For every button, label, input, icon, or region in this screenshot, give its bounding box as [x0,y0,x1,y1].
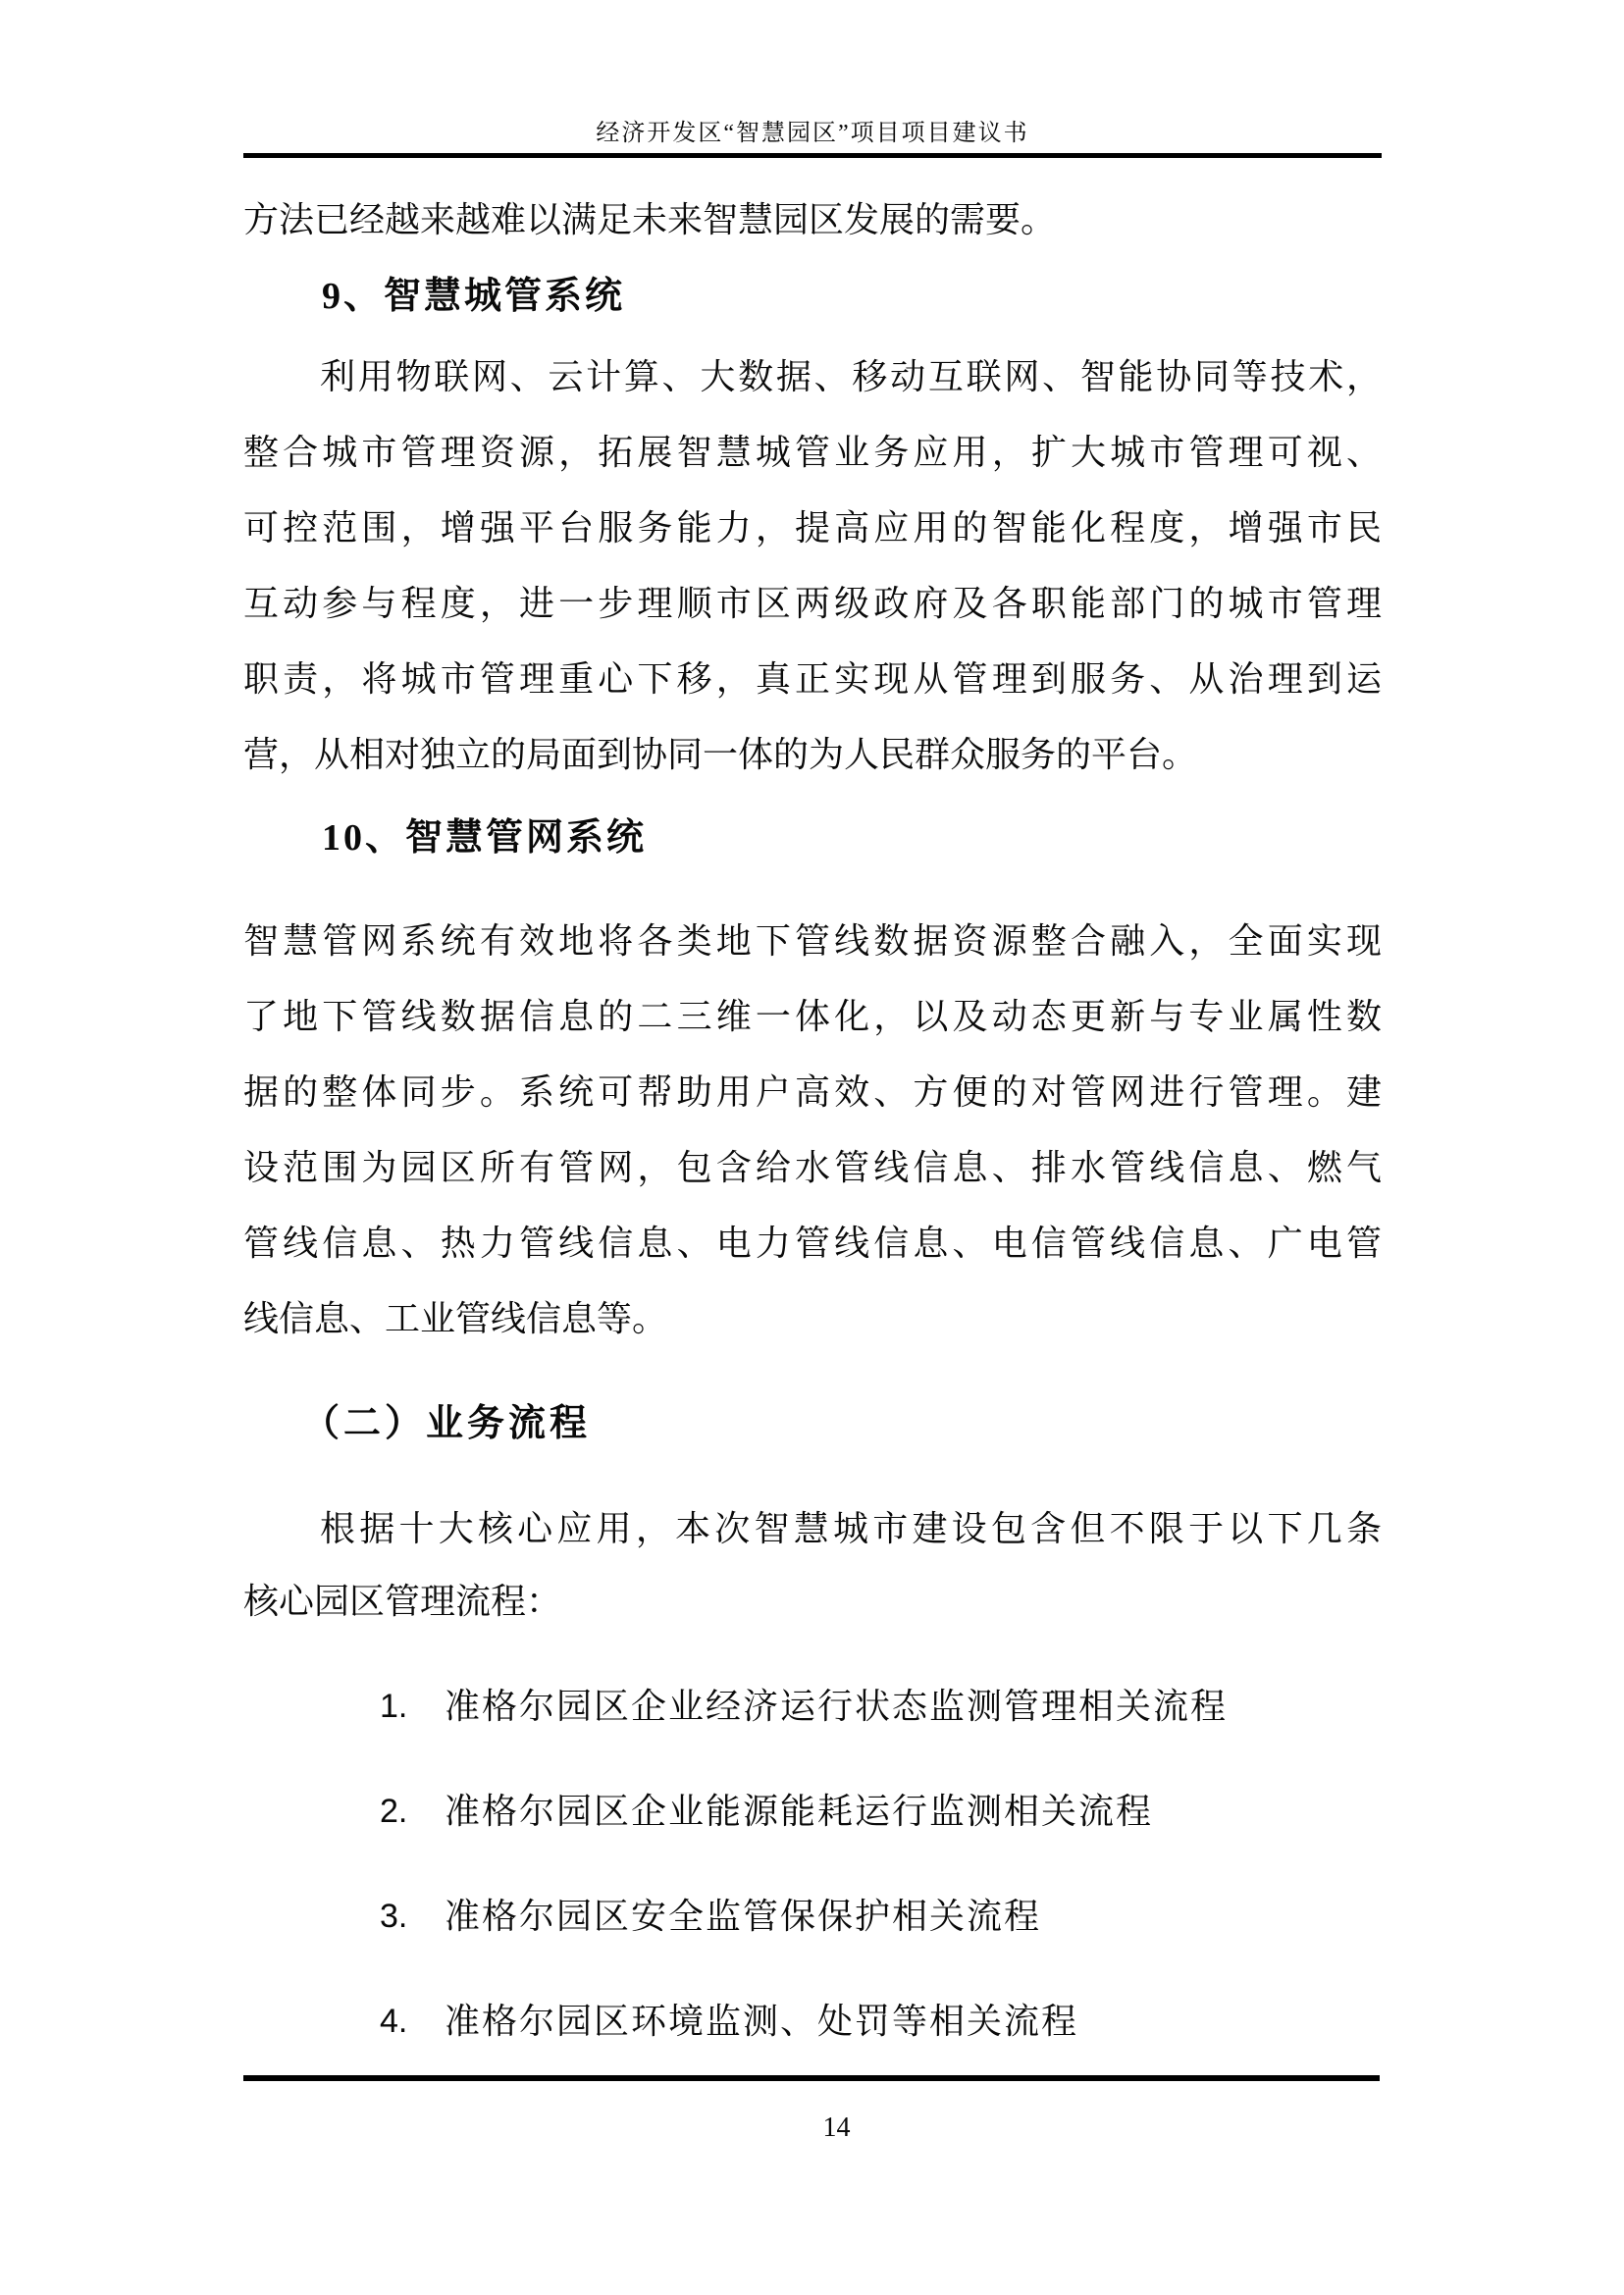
paragraph-continuation-line: 方法已经越来越难以满足未来智慧园区发展的需要。 [243,183,1382,258]
list-item: 3. 准格尔园区安全监管保保护相关流程 [380,1879,1382,1955]
text-line: 管线信息、热力管线信息、电力管线信息、电信管线信息、广电管 [243,1206,1382,1281]
text-line: 互动参与程度，进一步理顺市区两级政府及各职能部门的城市管理 [243,566,1382,642]
text-line: 线信息、工业管线信息等。 [243,1281,1382,1357]
text-line: 智慧管网系统有效地将各类地下管线数据资源整合融入，全面实现 [243,904,1382,979]
list-item: 2. 准格尔园区企业能源能耗运行监测相关流程 [380,1774,1382,1850]
text-line: 核心园区管理流程： [243,1565,1382,1638]
text-line: 据的整体同步。系统可帮助用户高效、方便的对管网进行管理。建 [243,1055,1382,1130]
list-item: 4. 准格尔园区环境监测、处罚等相关流程 [380,1984,1382,2060]
list-item-number: 1. [380,1669,445,1745]
list-item-number: 4. [380,1984,445,2060]
text-line: 利用物联网、云计算、大数据、移动互联网、智能协同等技术， [243,339,1382,415]
list-item-text: 准格尔园区企业经济运行状态监测管理相关流程 [445,1669,1228,1745]
list-item-text: 准格尔园区环境监测、处罚等相关流程 [445,1984,1078,2060]
text-line: 整合城市管理资源，拓展智慧城管业务应用，扩大城市管理可视、 [243,415,1382,491]
list-item-text: 准格尔园区企业能源能耗运行监测相关流程 [445,1774,1153,1850]
document-body: 方法已经越来越难以满足未来智慧园区发展的需要。 9、智慧城管系统 利用物联网、云… [243,0,1382,2089]
list-item-number: 2. [380,1774,445,1850]
list-item-text: 准格尔园区安全监管保保护相关流程 [445,1879,1041,1955]
heading-business-process: （二）业务流程 [243,1386,1382,1462]
text-line: 可控范围，增强平台服务能力，提高应用的智能化程度，增强市民 [243,491,1382,566]
footer-rule [243,2075,1380,2081]
text-line: 营，从相对独立的局面到协同一体的为人民群众服务的平台。 [243,717,1382,793]
process-list: 1. 准格尔园区企业经济运行状态监测管理相关流程 2. 准格尔园区企业能源能耗运… [243,1669,1382,2060]
list-item-number: 3. [380,1879,445,1955]
text-line: 根据十大核心应用，本次智慧城市建设包含但不限于以下几条 [243,1492,1382,1565]
text-line: 设范围为园区所有管网，包含给水管线信息、排水管线信息、燃气 [243,1130,1382,1206]
paragraph-smart-city-management: 利用物联网、云计算、大数据、移动互联网、智能协同等技术，整合城市管理资源，拓展智… [243,339,1382,793]
heading-smart-pipe-network: 10、智慧管网系统 [243,801,1382,876]
page-number: 14 [0,2112,1624,2145]
paragraph-business-intro: 根据十大核心应用，本次智慧城市建设包含但不限于以下几条核心园区管理流程： [243,1492,1382,1638]
text-line: 职责，将城市管理重心下移，真正实现从管理到服务、从治理到运 [243,642,1382,717]
text-line: 了地下管线数据信息的二三维一体化，以及动态更新与专业属性数 [243,979,1382,1055]
document-page: 经济开发区“智慧园区”项目项目建议书 方法已经越来越难以满足未来智慧园区发展的需… [0,0,1624,2295]
list-item: 1. 准格尔园区企业经济运行状态监测管理相关流程 [380,1669,1382,1745]
heading-smart-city-management: 9、智慧城管系统 [243,259,1382,335]
paragraph-smart-pipe-network: 智慧管网系统有效地将各类地下管线数据资源整合融入，全面实现了地下管线数据信息的二… [243,904,1382,1357]
